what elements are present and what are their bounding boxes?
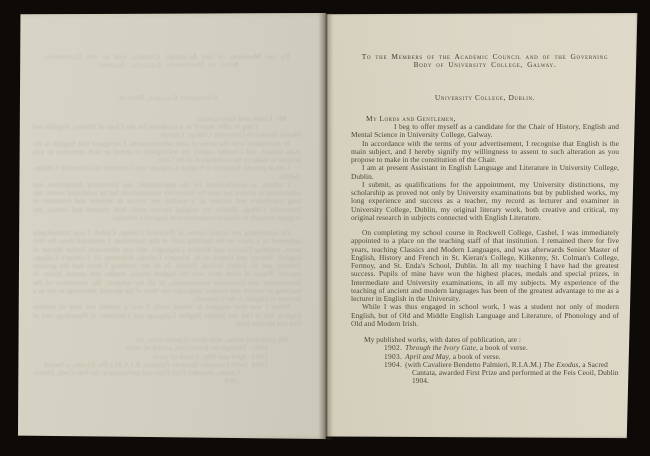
published-work-text: Through the Ivory Gate <box>176 343 247 352</box>
letter-paragraph: I am at present Assistant in English Lan… <box>351 164 619 181</box>
book-scan: To the Members of the Academic Council a… <box>0 0 650 456</box>
letter-paragraph: I beg to offer myself as a candidate for… <box>33 123 301 140</box>
letter-paragraph: On completing my school course in Rockwe… <box>351 229 619 303</box>
addressee: To the Members of the Academic Council a… <box>357 53 613 70</box>
published-work-text: , a book of verse. <box>124 343 176 352</box>
published-work: 1904.(with Cavaliere Bendetto Palmieri, … <box>384 361 619 386</box>
published-work-text: (with Cavaliere Bendetto Palmieri, R.I.A… <box>109 360 247 369</box>
letter-paragraph: On completing my school course in Rockwe… <box>33 229 301 303</box>
letter-paragraph: In accordance with the terms of your adv… <box>351 140 619 165</box>
letter-paragraph: I submit, as qualifications for the appo… <box>33 181 301 222</box>
published-work-year: 1904. <box>384 360 402 369</box>
published-work-text: , a book of verse. <box>151 352 203 361</box>
published-work-year: 1904. <box>250 360 268 369</box>
ghost-sender-address: University College, Dublin. <box>33 94 301 102</box>
published-work-year: 1902. <box>384 343 402 352</box>
bleedthrough-text: To the Members of the Academic Council a… <box>18 13 326 439</box>
sender-address: University College, Dublin. <box>351 94 619 102</box>
ghost-published-works-intro: My published works, with dates of public… <box>33 336 301 344</box>
published-work: 1904.(with Cavaliere Bendetto Palmieri, … <box>33 361 268 386</box>
letter-body: I beg to offer myself as a candidate for… <box>351 123 619 328</box>
published-work-year: 1903. <box>250 352 268 361</box>
letter: To the Members of the Academic Council a… <box>351 53 619 386</box>
published-work: 1902.Through the Ivory Gate, a book of v… <box>33 344 268 352</box>
ghost-letter: To the Members of the Academic Council a… <box>33 53 301 386</box>
letter-paragraph: In accordance with the terms of your adv… <box>33 140 301 165</box>
published-work-year: 1902. <box>250 343 268 352</box>
published-work-text: April and May <box>203 352 247 361</box>
letter-paragraph: While I was thus engaged in school work,… <box>33 303 301 328</box>
ghost-published-works-list: 1902.Through the Ivory Gate, a book of v… <box>33 344 268 385</box>
ghost-letter-body: I beg to offer myself as a candidate for… <box>33 123 301 328</box>
letter-paragraph: While I was thus engaged in school work,… <box>351 303 619 328</box>
letter-paragraph: I am at present Assistant in English Lan… <box>33 164 301 181</box>
published-works-list: 1902.Through the Ivory Gate, a book of v… <box>384 344 619 385</box>
ghost-addressee: To the Members of the Academic Council a… <box>39 53 295 70</box>
published-work: 1903.April and May, a book of verse. <box>33 353 268 361</box>
ghost-salutation: My Lords and Gentlemen, <box>33 115 301 123</box>
letter-paragraph: I beg to offer myself as a candidate for… <box>351 123 619 140</box>
published-work-text: , a Sacred Cantata, awarded First Prize … <box>33 360 240 386</box>
published-work-text: The Exodus <box>74 360 109 369</box>
right-page: To the Members of the Academic Council a… <box>326 13 638 439</box>
left-page: To the Members of the Academic Council a… <box>18 13 326 439</box>
letter-paragraph: I submit, as qualifications for the appo… <box>351 181 619 222</box>
